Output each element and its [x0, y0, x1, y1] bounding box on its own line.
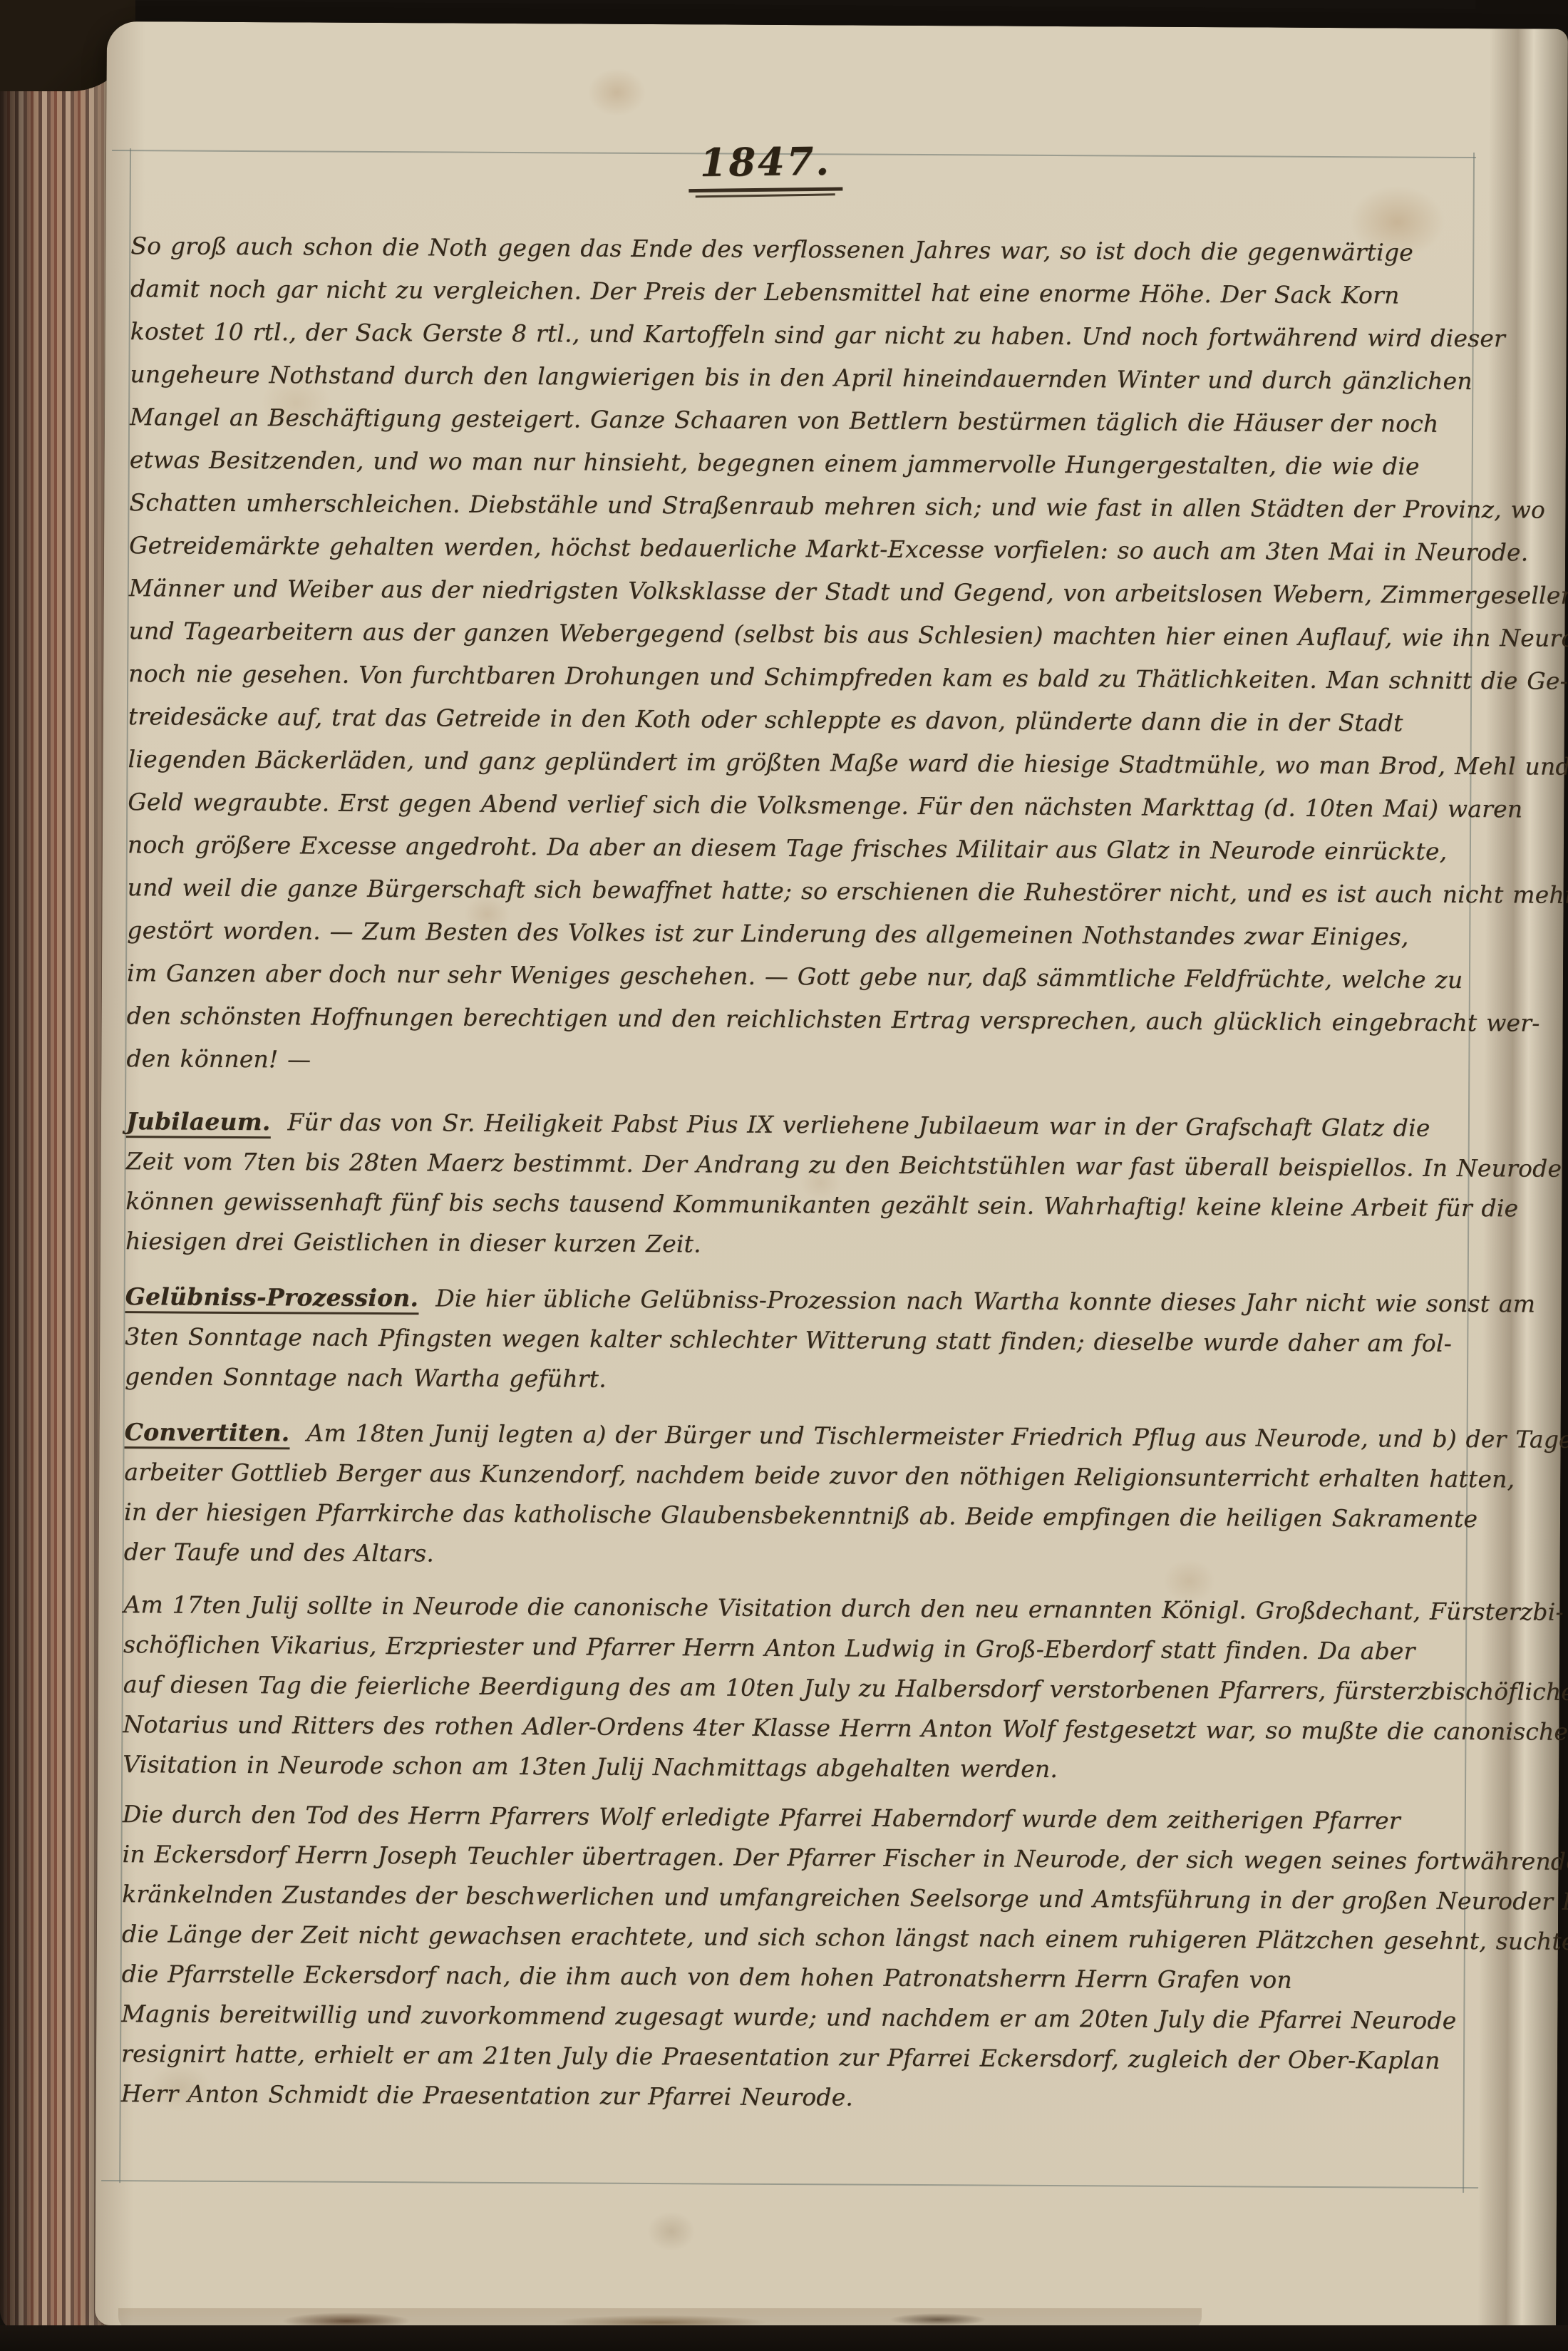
- book-bottom-edge: [0, 2325, 1568, 2351]
- paragraph-geluebniss-prozession: Gelübniss-Prozession.Die hier übliche Ge…: [125, 1279, 1488, 1406]
- text-line: in Eckersdorf Herrn Joseph Teuchler über…: [122, 1836, 1485, 1883]
- manuscript-page: 1847. So groß auch schon die Noth gegen …: [95, 21, 1568, 2333]
- text-line: Am 17ten Julij sollte in Neurode die can…: [123, 1587, 1486, 1634]
- text-line: liegenden Bäckerläden, und ganz geplünde…: [128, 740, 1490, 790]
- ruled-border-bottom: [101, 2180, 1478, 2188]
- text-line: ungeheure Nothstand durch den langwierig…: [130, 355, 1492, 405]
- text-line: Herr Anton Schmidt die Praesentation zur…: [121, 2076, 1484, 2123]
- section-heading-jubilaeum: Jubilaeum.: [126, 1107, 271, 1138]
- section-heading-geluebniss-prozession: Gelübniss-Prozession.: [125, 1282, 419, 1315]
- text-line: hiesigen drei Geistlichen in dieser kurz…: [125, 1223, 1488, 1270]
- text-line: Notarius und Ritters des rothen Adler-Or…: [123, 1707, 1485, 1754]
- text-line: die Länge der Zeit nicht gewachsen erach…: [122, 1916, 1485, 1963]
- text-line-rest: Die hier übliche Gelübniss-Prozession na…: [435, 1284, 1535, 1317]
- text-line: Visitation in Neurode schon am 13ten Jul…: [123, 1746, 1485, 1794]
- text-line: Magnis bereitwillig und zuvorkommend zug…: [121, 1996, 1484, 2043]
- paragraph-canonische-visitation: Am 17ten Julij sollte in Neurode die can…: [123, 1587, 1486, 1794]
- text-line: den können! —: [126, 1039, 1489, 1089]
- text-line-rest: Am 18ten Junij legten a) der Bürger und …: [306, 1419, 1568, 1453]
- text-line: der Taufe und des Altars.: [124, 1534, 1487, 1581]
- year-heading: 1847.: [648, 138, 883, 197]
- text-line: kränkelnden Zustandes der beschwerlichen…: [122, 1876, 1485, 1923]
- manuscript-text: So groß auch schon die Noth gegen das En…: [121, 227, 1494, 2123]
- text-line: und weil die ganze Bürgerschaft sich bew…: [127, 868, 1490, 918]
- paragraph-nothstand-1847: So groß auch schon die Noth gegen das En…: [126, 227, 1493, 1089]
- text-line: Zeit vom 7ten bis 28ten Maerz bestimmt. …: [125, 1143, 1488, 1190]
- text-line: resignirt hatte, erhielt er am 21ten Jul…: [121, 2036, 1484, 2083]
- text-line: können gewissenhaft fünf bis sechs tause…: [125, 1183, 1488, 1230]
- text-line: Männer und Weiber aus der niedrigsten Vo…: [129, 569, 1492, 619]
- text-line: Convertiten.Am 18ten Junij legten a) der…: [124, 1414, 1487, 1461]
- text-line-rest: Für das von Sr. Heiligkeit Pabst Pius IX…: [287, 1108, 1430, 1141]
- text-line: Geld wegraubte. Erst gegen Abend verlief…: [128, 783, 1490, 833]
- text-line: Gelübniss-Prozession.Die hier übliche Ge…: [125, 1279, 1487, 1326]
- year-heading-text: 1847.: [688, 138, 842, 193]
- text-line: Getreidemärkte gehalten werden, höchst b…: [129, 526, 1492, 576]
- text-line: 3ten Sonntage nach Pfingsten wegen kalte…: [125, 1319, 1487, 1366]
- text-line: kostet 10 rtl., der Sack Gerste 8 rtl., …: [130, 312, 1493, 362]
- text-line: auf diesen Tag die feierliche Beerdigung…: [123, 1667, 1486, 1714]
- paragraph-pfarrei-wechsel: Die durch den Tod des Herrn Pfarrers Wol…: [121, 1796, 1485, 2123]
- text-line: Mangel an Beschäftigung gesteigert. Ganz…: [130, 398, 1492, 448]
- text-line: in der hiesigen Pfarrkirche das katholis…: [124, 1494, 1487, 1541]
- text-line: im Ganzen aber doch nur sehr Weniges ges…: [127, 954, 1490, 1004]
- paragraph-jubilaeum: Jubilaeum.Für das von Sr. Heiligkeit Pab…: [125, 1104, 1489, 1270]
- text-line: noch nie gesehen. Von furchtbaren Drohun…: [128, 654, 1491, 704]
- section-heading-convertiten: Convertiten.: [125, 1418, 290, 1449]
- text-line: Jubilaeum.Für das von Sr. Heiligkeit Pab…: [126, 1104, 1489, 1151]
- text-line: genden Sonntage nach Wartha geführt.: [125, 1359, 1487, 1406]
- year-heading-underline: [696, 193, 835, 197]
- text-line: etwas Besitzenden, und wo man nur hinsie…: [130, 441, 1492, 490]
- text-line: noch größere Excesse angedroht. Da aber …: [128, 825, 1490, 875]
- text-line: die Pfarrstelle Eckersdorf nach, die ihm…: [121, 1956, 1484, 2003]
- text-line: damit noch gar nicht zu vergleichen. Der…: [130, 269, 1493, 319]
- text-line: gestört worden. — Zum Besten des Volkes …: [127, 911, 1490, 961]
- text-line: So groß auch schon die Noth gegen das En…: [130, 227, 1493, 277]
- book-scan: 1847. So groß auch schon die Noth gegen …: [0, 0, 1568, 2351]
- text-line: Schatten umherschleichen. Diebstähle und…: [129, 483, 1492, 533]
- text-line: treidesäcke auf, trat das Getreide in de…: [128, 697, 1491, 747]
- text-line: den schönsten Hoffnungen berechtigen und…: [127, 997, 1490, 1046]
- text-line: schöflichen Vikarius, Erzpriester und Pf…: [123, 1627, 1486, 1674]
- text-line: arbeiter Gottlieb Berger aus Kunzendorf,…: [124, 1454, 1487, 1501]
- text-line: Die durch den Tod des Herrn Pfarrers Wol…: [123, 1796, 1485, 1843]
- paragraph-convertiten: Convertiten.Am 18ten Junij legten a) der…: [124, 1414, 1487, 1581]
- text-line: und Tagearbeitern aus der ganzen Weberge…: [128, 612, 1491, 662]
